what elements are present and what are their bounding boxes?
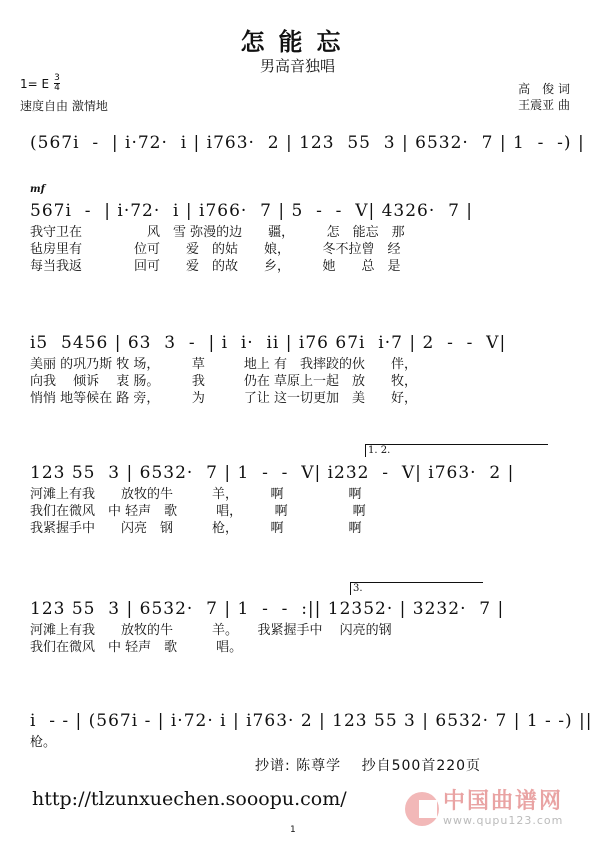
score-system-4: 1. 2. 123 55 3 | 6532· 7 | 1 - - V| i232… bbox=[30, 460, 570, 537]
notation-line: 123 55 3 | 6532· 7 | 1 - - :|| 12352· | … bbox=[30, 596, 570, 622]
score-system-6: i - - | (567i - | i·72· i | i763· 2 | 12… bbox=[30, 708, 570, 751]
notation-line: (567i - | i·72· i | i763· 2 | 123 55 3 |… bbox=[30, 130, 570, 156]
lyric-verse-1: 我守卫在 风 雪 弥漫的边 疆， 怎 能忘 那 bbox=[30, 224, 570, 241]
lyric-verse-3: 我紧握手中 闪亮 钢 枪， 啊 啊 bbox=[30, 520, 570, 537]
watermark-site-name: 中国曲谱网 bbox=[443, 790, 563, 814]
lyric-verse-2: 向我 倾诉 衷 肠。 我 仍在 草原上一起 放 牧， bbox=[30, 373, 570, 390]
volta-bracket-3: 3. bbox=[350, 582, 483, 595]
key-signature: 1= E 3 4 bbox=[20, 74, 60, 93]
tempo-marking: 速度自由 激情地 bbox=[20, 97, 108, 114]
watermark-logo-icon bbox=[405, 792, 439, 826]
score-system-2: mf 567i - | i·72· i | i766· 7 | 5 - - V|… bbox=[30, 198, 570, 275]
score-system-5: 3. 123 55 3 | 6532· 7 | 1 - - :|| 12352·… bbox=[30, 596, 570, 656]
transcriber-credit: 抄谱: 陈尊学 抄自500首220页 bbox=[255, 755, 481, 775]
notation-line: 567i - | i·72· i | i766· 7 | 5 - - V| 43… bbox=[30, 198, 570, 224]
lyric-verse-2: 我们在微风 中 轻声 歌 唱。 bbox=[30, 639, 570, 656]
notation-line: 123 55 3 | 6532· 7 | 1 - - V| i232 - V| … bbox=[30, 460, 570, 486]
watermark-site-url: www.qupu123.com bbox=[443, 814, 563, 827]
score-system-1: (567i - | i·72· i | i763· 2 | 123 55 3 |… bbox=[30, 130, 570, 156]
composer-credit: 王震亚 曲 bbox=[518, 96, 570, 113]
time-signature: 3 4 bbox=[54, 74, 60, 93]
lyric-verse-2: 我们在微风 中 轻声 歌 唱， 啊 啊 bbox=[30, 503, 570, 520]
watermark: 中国曲谱网 www.qupu123.com bbox=[405, 790, 563, 827]
dynamic-marking: mf bbox=[30, 184, 45, 195]
lyric-verse-1: 美丽 的巩乃斯 牧 场， 草 地上 有 我摔跤的伙 伴， bbox=[30, 356, 570, 373]
page-number: 1 bbox=[290, 825, 296, 835]
lyric-verse-2: 毡房里有 位可 爱 的姑 娘， 冬不拉曾 经 bbox=[30, 241, 570, 258]
lyric-verse-1: 枪。 bbox=[30, 734, 570, 751]
notation-line: i5 5456 | 63 3 - | i i· ii | i76 67i i·7… bbox=[30, 330, 570, 356]
volta-bracket-1-2: 1. 2. bbox=[365, 444, 548, 457]
lyricist-credit: 高 俊 词 bbox=[518, 80, 570, 97]
score-subtitle: 男高音独唱 bbox=[0, 55, 595, 76]
source-url-link[interactable]: http://tlzunxuechen.sooopu.com/ bbox=[32, 788, 347, 810]
lyric-verse-3: 每当我返 回可 爱 的故 乡， 她 总 是 bbox=[30, 258, 570, 275]
score-title: 怎能忘 bbox=[0, 22, 595, 57]
lyric-verse-1: 河滩上有我 放牧的牛 羊。 我紧握手中 闪亮的钢 bbox=[30, 622, 570, 639]
score-system-3: i5 5456 | 63 3 - | i i· ii | i76 67i i·7… bbox=[30, 330, 570, 407]
lyric-verse-3: 悄悄 地等候在 路 旁， 为 了让 这一切更加 美 好， bbox=[30, 390, 570, 407]
key-label: 1= E bbox=[20, 77, 49, 91]
lyric-verse-1: 河滩上有我 放牧的牛 羊， 啊 啊 bbox=[30, 486, 570, 503]
notation-line: i - - | (567i - | i·72· i | i763· 2 | 12… bbox=[30, 708, 570, 734]
